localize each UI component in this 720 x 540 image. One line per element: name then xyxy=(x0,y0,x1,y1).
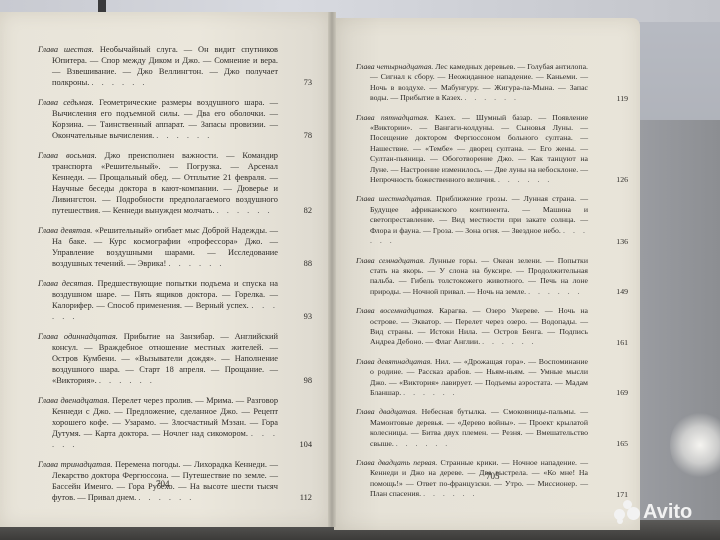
toc-entry-text: Глава шестая. Необычайный слуга. — Он ви… xyxy=(38,44,278,88)
leader-dots: . . . . . . xyxy=(482,337,536,346)
toc-entry: Глава одиннадцатая. Прибытие на Занзибар… xyxy=(38,331,278,386)
chapter-title: Глава тринадцатая. xyxy=(38,460,112,469)
left-page-contents: Глава шестая. Необычайный слуга. — Он ви… xyxy=(38,44,278,512)
leader-dots: . . . . . . xyxy=(217,206,273,215)
leader-dots: . . . . . . xyxy=(99,376,155,385)
avito-logo-icon xyxy=(614,500,640,524)
toc-entry: Глава пятнадцатая. Казех. — Шумный базар… xyxy=(356,113,588,186)
chapter-title: Глава седьмая. xyxy=(38,98,94,107)
chapter-page-number: 126 xyxy=(616,174,628,185)
chapter-title: Глава одиннадцатая. xyxy=(38,332,118,341)
toc-entry: Глава седьмая. Геометрические размеры во… xyxy=(38,97,278,141)
chapter-title: Глава двадцатая. xyxy=(356,407,417,416)
leader-dots: . . . . . . xyxy=(91,78,147,87)
chapter-page-number: 169 xyxy=(616,387,628,398)
toc-entry-text: Глава пятнадцатая. Казех. — Шумный базар… xyxy=(356,113,588,186)
chapter-page-number: 104 xyxy=(299,439,312,450)
toc-entry-text: Глава четырнадцатая. Лес камедных деревь… xyxy=(356,62,588,104)
leader-dots: . . . . . . xyxy=(528,287,582,296)
toc-entry: Глава восемнадцатая. Карагва. — Озеро Ук… xyxy=(356,306,588,348)
toc-entry: Глава шестая. Необычайный слуга. — Он ви… xyxy=(38,44,278,88)
toc-entry: Глава шестнадцатая. Приближение грозы. —… xyxy=(356,194,588,246)
avito-brand: Avito xyxy=(643,501,692,524)
toc-entry-text: Глава восьмая. Джо преисполнен важности.… xyxy=(38,150,278,216)
right-page-contents: Глава четырнадцатая. Лес камедных деревь… xyxy=(356,62,588,509)
chapter-page-number: 165 xyxy=(616,438,628,449)
leader-dots: . . . . . . xyxy=(396,439,450,448)
book-gutter xyxy=(328,12,336,527)
toc-entry: Глава двенадцатая. Перелет через пролив.… xyxy=(38,395,278,450)
toc-entry-text: Глава двадцатая. Небесная бутылка. — Смо… xyxy=(356,407,588,449)
toc-entry-text: Глава девятая. «Решительный» огибает мыс… xyxy=(38,225,278,269)
toc-entry: Глава девятнадцатая. Нил. — «Дрожащая го… xyxy=(356,357,588,399)
toc-entry-text: Глава десятая. Предшествующие попытки по… xyxy=(38,278,278,322)
chapter-title: Глава семнадцатая. xyxy=(356,256,425,265)
chapter-page-number: 78 xyxy=(304,130,312,141)
toc-entry: Глава девятая. «Решительный» огибает мыс… xyxy=(38,225,278,269)
toc-entry-text: Глава семнадцатая. Лунные горы. — Океан … xyxy=(356,256,588,298)
chapter-page-number: 88 xyxy=(304,258,312,269)
leader-dots: . . . . . . xyxy=(156,131,212,140)
chapter-summary: Казех. — Шумный базар. — Появление «Викт… xyxy=(370,113,588,184)
toc-entry: Глава двадцатая. Небесная бутылка. — Смо… xyxy=(356,407,588,449)
chapter-page-number: 136 xyxy=(616,236,628,247)
leader-dots: . . . . . . xyxy=(168,259,224,268)
chapter-title: Глава восемнадцатая. xyxy=(356,306,434,315)
chapter-title: Глава шестнадцатая. xyxy=(356,194,432,203)
chapter-title: Глава восьмая. xyxy=(38,151,97,160)
chapter-title: Глава четырнадцатая. xyxy=(356,62,433,71)
chapter-page-number: 112 xyxy=(300,492,312,503)
toc-entry-text: Глава девятнадцатая. Нил. — «Дрожащая го… xyxy=(356,357,588,399)
leader-dots: . . . . . . xyxy=(403,388,457,397)
chapter-title: Глава девятая. xyxy=(38,226,92,235)
avito-watermark: Avito xyxy=(614,500,692,524)
chapter-page-number: 93 xyxy=(304,311,312,322)
leader-dots: . . . . . . xyxy=(423,489,477,498)
chapter-page-number: 119 xyxy=(617,93,628,104)
chapter-title: Глава шестая. xyxy=(38,45,94,54)
chapter-page-number: 98 xyxy=(304,375,312,386)
toc-entry: Глава десятая. Предшествующие попытки по… xyxy=(38,278,278,322)
chapter-title: Глава десятая. xyxy=(38,279,94,288)
left-page-number: 704 xyxy=(156,479,170,489)
leader-dots: . . . . . . xyxy=(464,93,518,102)
chapter-page-number: 73 xyxy=(304,77,312,88)
toc-entry-text: Глава седьмая. Геометрические размеры во… xyxy=(38,97,278,141)
chapter-page-number: 161 xyxy=(616,337,628,348)
chapter-page-number: 82 xyxy=(304,205,312,216)
toc-entry: Глава двадцать первая. Странные крики. —… xyxy=(356,458,588,500)
toc-entry-text: Глава двенадцатая. Перелет через пролив.… xyxy=(38,395,278,450)
toc-entry-text: Глава восемнадцатая. Карагва. — Озеро Ук… xyxy=(356,306,588,348)
toc-entry: Глава семнадцатая. Лунные горы. — Океан … xyxy=(356,256,588,298)
toc-entry-text: Глава двадцать первая. Странные крики. —… xyxy=(356,458,588,500)
right-page-number: 705 xyxy=(486,471,500,481)
toc-entry: Глава восьмая. Джо преисполнен важности.… xyxy=(38,150,278,216)
chapter-title: Глава девятнадцатая. xyxy=(356,357,432,366)
chapter-page-number: 171 xyxy=(616,489,628,500)
toc-entry-text: Глава одиннадцатая. Прибытие на Занзибар… xyxy=(38,331,278,386)
toc-entry: Глава четырнадцатая. Лес камедных деревь… xyxy=(356,62,588,104)
chapter-title: Глава двенадцатая. xyxy=(38,396,109,405)
chapter-title: Глава двадцать первая. xyxy=(356,458,437,467)
toc-entry-text: Глава шестнадцатая. Приближение грозы. —… xyxy=(356,194,588,246)
chapter-title: Глава пятнадцатая. xyxy=(356,113,429,122)
leader-dots: . . . . . . xyxy=(138,493,194,502)
chapter-page-number: 149 xyxy=(616,286,628,297)
leader-dots: . . . . . . xyxy=(498,175,552,184)
